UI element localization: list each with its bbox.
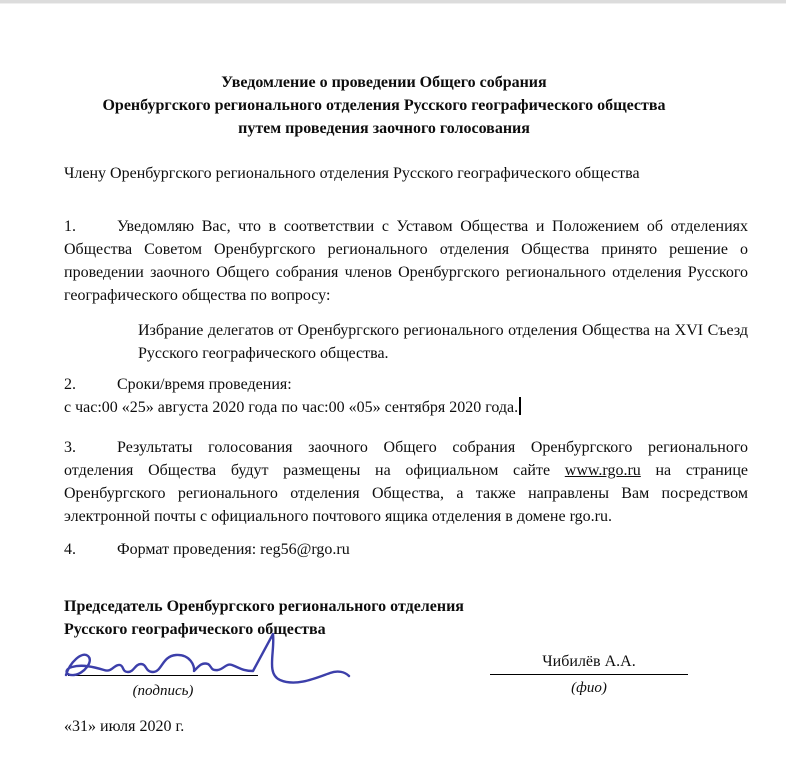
paragraph-2-number: 2.	[64, 373, 117, 396]
window-top-border	[0, 0, 786, 4]
fio-block: Чибилёв А.А. (фио)	[490, 650, 688, 700]
paragraph-2-dates-line: с час:00 «25» августа 2020 года по час:0…	[64, 396, 748, 419]
paragraph-4-text: Формат проведения: reg56@rgo.ru	[117, 541, 350, 558]
agenda-paragraph: Избрание делегатов от Оренбургского реги…	[64, 319, 748, 365]
chairman-title-line-1: Председатель Оренбургского регионального…	[64, 595, 748, 618]
paragraph-1: 1.Уведомляю Вас, что в соответствии с Ус…	[64, 215, 748, 307]
document-date: «31» июля 2020 г.	[64, 715, 748, 738]
doc-title-line-1: Уведомление о проведении Общего собрания	[64, 71, 704, 94]
paragraph-3-number: 3.	[64, 436, 117, 459]
chairman-title-line-2: Русского географического общества	[64, 618, 748, 641]
doc-title-line-2: Оренбургского регионального отделения Ру…	[64, 94, 704, 117]
fio-caption: (фио)	[490, 677, 688, 700]
signature-caption: (подпись)	[68, 680, 258, 703]
paragraph-1-text: Уведомляю Вас, что в соответствии с Уста…	[64, 218, 748, 304]
text-cursor	[519, 397, 521, 415]
paragraph-2-heading: Сроки/время проведения:	[117, 376, 292, 393]
paragraph-2: 2.Сроки/время проведения: с час:00 «25» …	[64, 373, 748, 419]
paragraph-4: 4.Формат проведения: reg56@rgo.ru	[64, 538, 748, 561]
signature-row: (подпись) Чибилёв А.А. (фио)	[64, 641, 748, 707]
document-page: Уведомление о проведении Общего собрания…	[0, 71, 786, 738]
paragraph-2-heading-line: 2.Сроки/время проведения:	[64, 373, 748, 396]
signature-line	[68, 641, 258, 676]
document-title: Уведомление о проведении Общего собрания…	[64, 71, 704, 140]
doc-title-line-3: путем проведения заочного голосования	[64, 117, 704, 140]
fio-name: Чибилёв А.А.	[490, 650, 688, 675]
chairman-title: Председатель Оренбургского регионального…	[64, 595, 748, 641]
paragraph-2-dates: с час:00 «25» августа 2020 года по час:0…	[64, 399, 518, 416]
paragraph-4-number: 4.	[64, 538, 117, 561]
rgo-link[interactable]: www.rgo.ru	[565, 462, 641, 479]
paragraph-3: 3.Результаты голосования заочного Общего…	[64, 436, 748, 528]
paragraph-1-number: 1.	[64, 215, 117, 238]
addressee-line: Члену Оренбургского регионального отделе…	[64, 162, 748, 185]
